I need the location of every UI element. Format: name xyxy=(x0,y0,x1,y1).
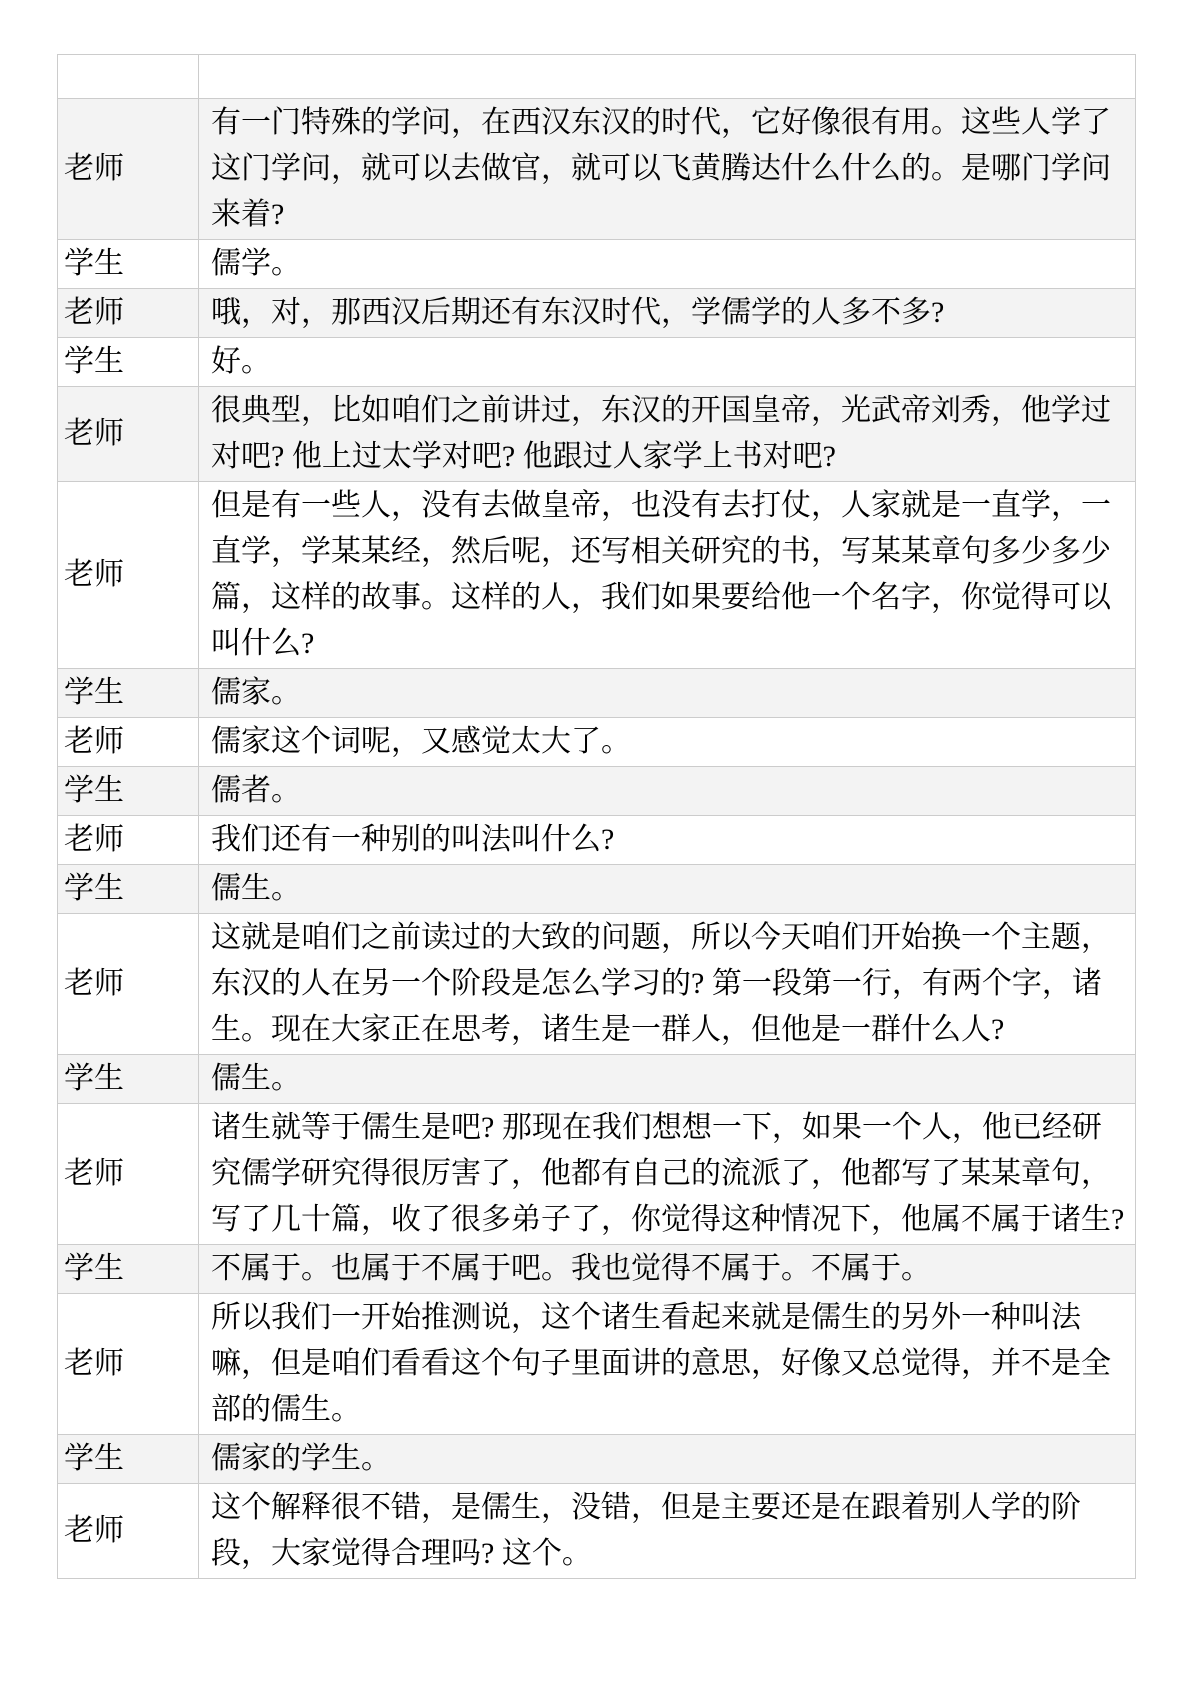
dialogue-text: 儒家。 xyxy=(199,669,1136,718)
speaker-label: 老师 xyxy=(58,1294,199,1435)
dialogue-text: 但是有一些人，没有去做皇帝，也没有去打仗，人家就是一直学，一直学，学某某经，然后… xyxy=(199,482,1136,669)
speaker-label: 老师 xyxy=(58,816,199,865)
header-text-cell xyxy=(199,55,1136,99)
dialogue-text: 很典型，比如咱们之前讲过，东汉的开国皇帝，光武帝刘秀，他学过对吧? 他上过太学对… xyxy=(199,387,1136,482)
speaker-label: 学生 xyxy=(58,865,199,914)
speaker-label: 学生 xyxy=(58,338,199,387)
dialogue-body: 老师 有一门特殊的学问，在西汉东汉的时代，它好像很有用。这些人学了这门学问，就可… xyxy=(58,99,1136,1579)
dialogue-text: 哦，对，那西汉后期还有东汉时代，学儒学的人多不多? xyxy=(199,289,1136,338)
dialogue-text: 儒生。 xyxy=(199,1055,1136,1104)
dialogue-text: 好。 xyxy=(199,338,1136,387)
table-row: 老师 所以我们一开始推测说，这个诸生看起来就是儒生的另外一种叫法嘛，但是咱们看看… xyxy=(58,1294,1136,1435)
speaker-label: 老师 xyxy=(58,914,199,1055)
dialogue-text: 儒者。 xyxy=(199,767,1136,816)
table-row: 老师 很典型，比如咱们之前讲过，东汉的开国皇帝，光武帝刘秀，他学过对吧? 他上过… xyxy=(58,387,1136,482)
table-row: 老师 有一门特殊的学问，在西汉东汉的时代，它好像很有用。这些人学了这门学问，就可… xyxy=(58,99,1136,240)
speaker-label: 老师 xyxy=(58,387,199,482)
header-speaker-cell xyxy=(58,55,199,99)
dialogue-text: 诸生就等于儒生是吧? 那现在我们想想一下，如果一个人，他已经研究儒学研究得很厉害… xyxy=(199,1104,1136,1245)
table-row: 学生 儒生。 xyxy=(58,1055,1136,1104)
table-row: 老师 诸生就等于儒生是吧? 那现在我们想想一下，如果一个人，他已经研究儒学研究得… xyxy=(58,1104,1136,1245)
dialogue-text: 儒家的学生。 xyxy=(199,1435,1136,1484)
table-row: 学生 不属于。也属于不属于吧。我也觉得不属于。不属于。 xyxy=(58,1245,1136,1294)
table-row: 学生 儒学。 xyxy=(58,240,1136,289)
dialogue-text: 这就是咱们之前读过的大致的问题，所以今天咱们开始换一个主题，东汉的人在另一个阶段… xyxy=(199,914,1136,1055)
table-row: 学生 好。 xyxy=(58,338,1136,387)
table-row: 老师 但是有一些人，没有去做皇帝，也没有去打仗，人家就是一直学，一直学，学某某经… xyxy=(58,482,1136,669)
dialogue-text: 所以我们一开始推测说，这个诸生看起来就是儒生的另外一种叫法嘛，但是咱们看看这个句… xyxy=(199,1294,1136,1435)
dialogue-text: 儒生。 xyxy=(199,865,1136,914)
table-row: 学生 儒家的学生。 xyxy=(58,1435,1136,1484)
table-row: 老师 这就是咱们之前读过的大致的问题，所以今天咱们开始换一个主题，东汉的人在另一… xyxy=(58,914,1136,1055)
speaker-label: 老师 xyxy=(58,1484,199,1579)
speaker-label: 学生 xyxy=(58,767,199,816)
header-row xyxy=(58,55,1136,99)
speaker-label: 老师 xyxy=(58,718,199,767)
speaker-label: 学生 xyxy=(58,1055,199,1104)
table-header xyxy=(58,55,1136,99)
table-row: 学生 儒生。 xyxy=(58,865,1136,914)
table-row: 学生 儒家。 xyxy=(58,669,1136,718)
dialogue-text: 我们还有一种别的叫法叫什么? xyxy=(199,816,1136,865)
dialogue-text: 儒家这个词呢，又感觉太大了。 xyxy=(199,718,1136,767)
table-row: 老师 哦，对，那西汉后期还有东汉时代，学儒学的人多不多? xyxy=(58,289,1136,338)
speaker-label: 老师 xyxy=(58,482,199,669)
speaker-label: 学生 xyxy=(58,669,199,718)
dialogue-table: 老师 有一门特殊的学问，在西汉东汉的时代，它好像很有用。这些人学了这门学问，就可… xyxy=(57,54,1136,1579)
speaker-label: 学生 xyxy=(58,1245,199,1294)
table-row: 老师 这个解释很不错，是儒生，没错，但是主要还是在跟着别人学的阶段，大家觉得合理… xyxy=(58,1484,1136,1579)
table-row: 学生 儒者。 xyxy=(58,767,1136,816)
speaker-label: 学生 xyxy=(58,240,199,289)
speaker-label: 老师 xyxy=(58,99,199,240)
dialogue-text: 儒学。 xyxy=(199,240,1136,289)
table-row: 老师 儒家这个词呢，又感觉太大了。 xyxy=(58,718,1136,767)
speaker-label: 学生 xyxy=(58,1435,199,1484)
speaker-label: 老师 xyxy=(58,1104,199,1245)
document-page: 老师 有一门特殊的学问，在西汉东汉的时代，它好像很有用。这些人学了这门学问，就可… xyxy=(0,0,1190,1579)
dialogue-text: 有一门特殊的学问，在西汉东汉的时代，它好像很有用。这些人学了这门学问，就可以去做… xyxy=(199,99,1136,240)
table-row: 老师 我们还有一种别的叫法叫什么? xyxy=(58,816,1136,865)
dialogue-text: 不属于。也属于不属于吧。我也觉得不属于。不属于。 xyxy=(199,1245,1136,1294)
dialogue-text: 这个解释很不错，是儒生，没错，但是主要还是在跟着别人学的阶段，大家觉得合理吗? … xyxy=(199,1484,1136,1579)
speaker-label: 老师 xyxy=(58,289,199,338)
